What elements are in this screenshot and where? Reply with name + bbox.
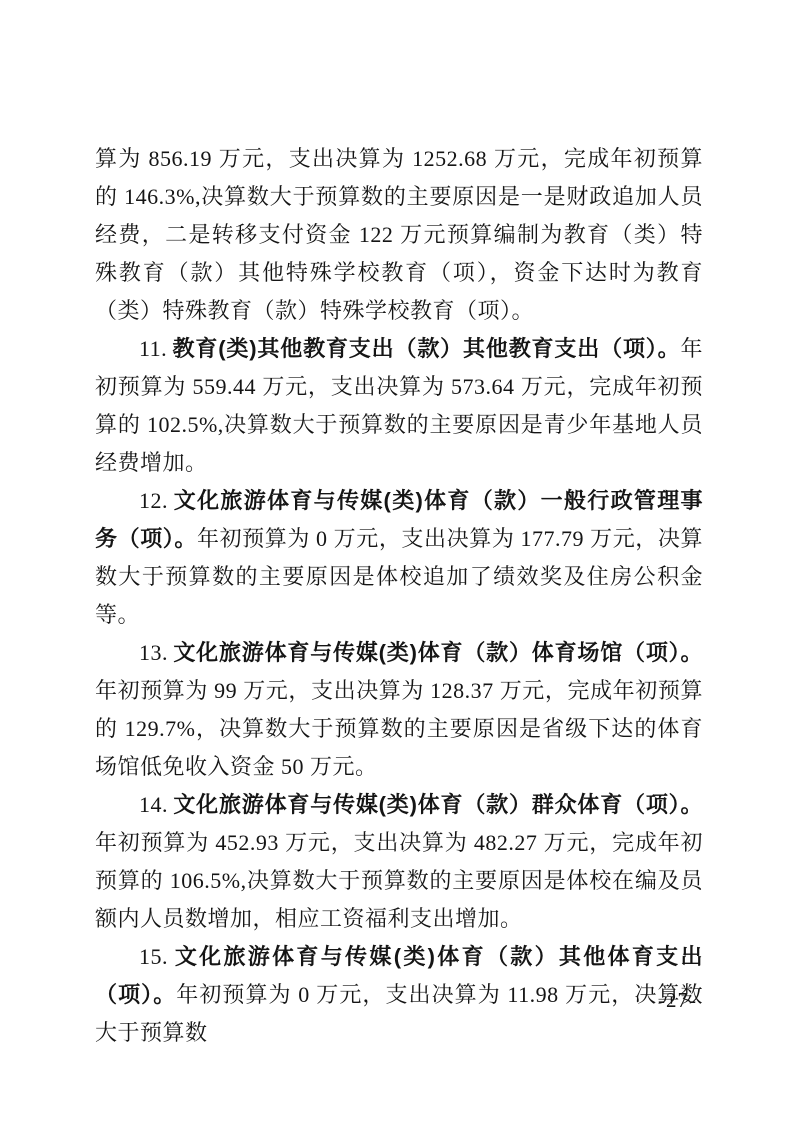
item-11-heading: 教育(类)其他教育支出（款）其他教育支出（项）。 — [172, 336, 680, 361]
paragraph-item-15: 15.文化旅游体育与传媒(类)体育（款）其他体育支出（项）。年初预算为 0 万元… — [95, 938, 703, 1052]
item-14-heading: 文化旅游体育与传媒(类)体育（款）群众体育（项）。 — [173, 792, 703, 817]
paragraph-continuation: 算为 856.19 万元，支出决算为 1252.68 万元，完成年初预算的 14… — [95, 140, 703, 330]
paragraph-item-13: 13.文化旅游体育与传媒(类)体育（款）体育场馆（项）。年初预算为 99 万元，… — [95, 634, 703, 786]
item-15-body: 年初预算为 0 万元，支出决算为 11.98 万元，决算数大于预算数 — [95, 982, 703, 1045]
paragraph-continuation-text: 算为 856.19 万元，支出决算为 1252.68 万元，完成年初预算的 14… — [95, 146, 703, 323]
page-number: -27- — [658, 988, 697, 1012]
paragraph-item-11: 11.教育(类)其他教育支出（款）其他教育支出（项）。年初预算为 559.44 … — [95, 330, 703, 482]
document-page: 算为 856.19 万元，支出决算为 1252.68 万元，完成年初预算的 14… — [0, 0, 793, 1122]
item-13-number: 13. — [139, 640, 168, 665]
paragraph-item-14: 14.文化旅游体育与传媒(类)体育（款）群众体育（项）。年初预算为 452.93… — [95, 786, 703, 938]
paragraph-item-12: 12.文化旅游体育与传媒(类)体育（款）一般行政管理事务（项）。年初预算为 0 … — [95, 482, 703, 634]
item-14-body: 年初预算为 452.93 万元，支出决算为 482.27 万元，完成年初预算的 … — [95, 830, 703, 931]
item-11-number: 11. — [139, 336, 167, 361]
item-15-number: 15. — [139, 944, 168, 969]
item-13-heading: 文化旅游体育与传媒(类)体育（款）体育场馆（项）。 — [173, 640, 703, 665]
item-14-number: 14. — [139, 792, 168, 817]
item-13-body: 年初预算为 99 万元，支出决算为 128.37 万元，完成年初预算的 129.… — [95, 678, 703, 779]
item-12-number: 12. — [139, 488, 168, 513]
document-body: 算为 856.19 万元，支出决算为 1252.68 万元，完成年初预算的 14… — [95, 140, 703, 1052]
